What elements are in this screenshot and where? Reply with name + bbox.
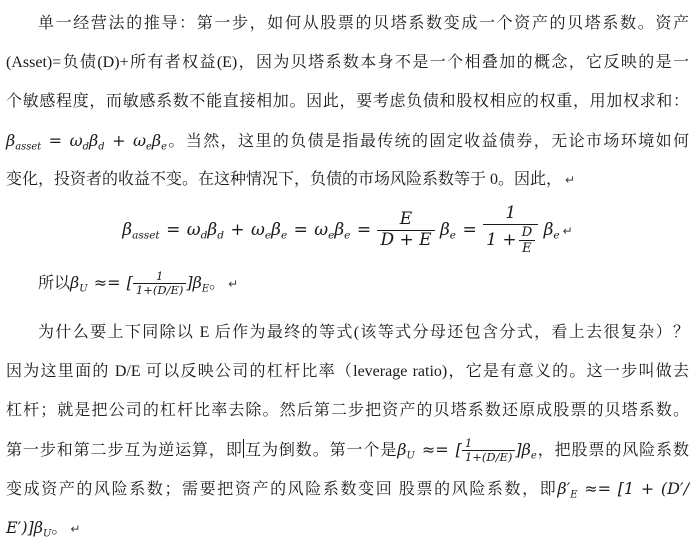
text-run: 因为这里面的 D/E 可以反映公司的杠杆比率（leverage ratio)，它… (6, 363, 689, 380)
paragraph-explanation: 为什么要上下同除以 E 后作为最终的等式(该等式分母还包含分式，看上去很复杂）？… (6, 313, 689, 547)
math-expression: ≈= [1 + (D′/ (584, 479, 689, 498)
math-subscript: e (281, 230, 287, 242)
display-formula-beta-asset[interactable]: βasset = ωdβd + ωeβe = ωeβe = ED + E βe … (6, 199, 689, 261)
math-symbol: β (34, 518, 43, 537)
math-symbol: β (397, 440, 406, 459)
fraction-one-over-one-plus-de: 11 +DE (483, 204, 538, 256)
math-symbol: β (271, 220, 281, 240)
inline-formula-beta-u: βU ≈= [11+(D/E)]βE (70, 273, 209, 292)
math-symbol: β (89, 131, 98, 150)
paragraph-mark-icon: ↵ (565, 173, 575, 187)
math-operator: = (48, 131, 63, 150)
inline-formula-beta-u: βU ≈= [11+(D/E)]βe (397, 440, 537, 459)
text-run: 。 (209, 275, 225, 292)
text-run: (Asset)=负债(D)+所有者权益(E)，因为贝塔系数本身不是一个相叠加的概… (6, 54, 689, 71)
math-symbol: β (522, 440, 531, 459)
text-run: 为什么要上下同除以 E 后作为最终的等式(该等式分母还包含分式，看上去很复杂）？ (38, 324, 689, 341)
math-symbol: β (122, 220, 132, 240)
math-subscript: U (79, 283, 87, 294)
fraction-denominator: 1 +DE (483, 225, 538, 257)
inline-formula-relever-end: E′)]βU (6, 518, 51, 537)
math-operator: + (111, 131, 126, 150)
math-text: 1 + (486, 230, 516, 250)
math-symbol: ω (133, 131, 146, 150)
math-symbol: ω (314, 220, 328, 240)
text-line[interactable]: 单一经营法的推导：第一步，如何从股票的贝塔系数变成一个资产的贝塔系数。资产 (6, 4, 689, 43)
math-subscript: d (217, 230, 224, 242)
text-line-with-formula[interactable]: E′)]βU。↵ (6, 508, 689, 547)
math-subscript: asset (15, 141, 41, 152)
inline-formula-weighted-beta: βasset = ωdβd + ωeβe (6, 131, 167, 150)
math-subscript: e (450, 230, 456, 242)
fraction-denominator: D + E (377, 231, 434, 251)
math-symbol: β′ (557, 479, 570, 498)
text-line[interactable]: (Asset)=负债(D)+所有者权益(E)，因为贝塔系数本身不是一个相叠加的概… (6, 43, 689, 82)
text-run: 互为倒数。第一个是 (244, 442, 397, 459)
text-line[interactable]: 个敏感程度，而敏感系数不能直接相加。因此，要考虑负债和股权相应的权重，用加权求和… (6, 82, 689, 121)
math-operator: = (293, 220, 309, 240)
fraction-numerator: E (377, 210, 434, 231)
math-subscript: e (553, 230, 559, 242)
text-run: ，把股票的风险系数 (537, 442, 689, 459)
math-operator: = (165, 220, 181, 240)
paragraph-mark-icon: ↵ (228, 277, 238, 291)
math-symbol: β (334, 220, 344, 240)
text-line[interactable]: 因为这里面的 D/E 可以反映公司的杠杆比率（leverage ratio)，它… (6, 352, 689, 391)
text-run: 。 (51, 520, 67, 537)
text-run: 第一步和第二步互为逆运算，即 (6, 442, 243, 459)
math-symbol: β (440, 220, 450, 240)
math-expression: E′)] (6, 518, 34, 537)
paragraph-mark-icon: ↵ (70, 522, 80, 536)
bracket-fraction: 11+(D/E) (133, 270, 186, 297)
inline-formula-relever-start: β′E ≈= [1 + (D′/ (557, 479, 689, 498)
math-subscript: E (570, 489, 577, 500)
paragraph-mark-icon: ↵ (563, 224, 573, 238)
bracket-fraction: 11+(D/E) (462, 437, 515, 464)
math-symbol: β (207, 220, 217, 240)
paragraph-derivation: 单一经营法的推导：第一步，如何从股票的贝塔系数变成一个资产的贝塔系数。资产 (A… (6, 4, 689, 199)
math-subscript: e (344, 230, 350, 242)
math-operator: = (461, 220, 477, 240)
text-line-with-formula[interactable]: 变成资产的风险系数；需要把资产的风险系数变回 股票的风险系数，即β′E ≈= [… (6, 469, 689, 508)
math-symbol: β (70, 273, 79, 292)
fraction-denominator: 1+(D/E) (133, 284, 186, 297)
math-symbol: β (193, 273, 202, 292)
math-symbol: β (544, 220, 554, 240)
fraction-numerator: D (519, 225, 536, 241)
nested-fraction-d-over-e: DE (519, 225, 536, 257)
math-operator: ≈= (93, 273, 122, 292)
document-page[interactable]: 单一经营法的推导：第一步，如何从股票的贝塔系数变成一个资产的贝塔系数。资产 (A… (0, 0, 695, 547)
math-subscript: d (98, 141, 104, 152)
text-line[interactable]: 杠杆；就是把公司的杠杆比率去除。然后第二步把资产的贝塔系数还原成股票的贝塔系数。 (6, 391, 689, 430)
fraction-denominator: 1+(D/E) (462, 451, 515, 464)
math-subscript: E (202, 283, 209, 294)
text-run: 变成资产的风险系数；需要把资产的风险系数变回 股票的风险系数，即 (6, 481, 557, 498)
text-run: 个敏感程度，而敏感系数不能直接相加。因此，要考虑负债和股权相应的权重，用加权求和… (6, 93, 689, 110)
math-subscript: asset (132, 230, 160, 242)
text-run: 杠杆；就是把公司的杠杆比率去除。然后第二步把资产的贝塔系数还原成股票的贝塔系数。 (6, 402, 689, 419)
fraction-e-over-d-plus-e: ED + E (377, 210, 434, 250)
math-operator: + (229, 220, 245, 240)
fraction-denominator: E (519, 241, 536, 256)
math-symbol: ω (70, 131, 83, 150)
math-operator: = (356, 220, 372, 240)
text-run: 变化，投资者的收益不变。在这种情况下，负债的市场风险系数等于 0。因此， (6, 171, 562, 188)
math-symbol: β (152, 131, 161, 150)
math-subscript: U (407, 450, 415, 461)
text-run: 。当然，这里的负债是指最传统的固定收益债券，无论市场环境如何 (167, 133, 689, 150)
text-run: 所以 (38, 275, 70, 292)
text-line[interactable]: 变化，投资者的收益不变。在这种情况下，负债的市场风险系数等于 0。因此，↵ (6, 160, 689, 199)
text-run: 单一经营法的推导：第一步，如何从股票的贝塔系数变成一个资产的贝塔系数。资产 (38, 15, 689, 32)
math-symbol: ω (251, 220, 265, 240)
math-operator: ≈= (421, 440, 450, 459)
fraction-numerator: 1 (462, 437, 515, 451)
conclusion-line[interactable]: 所以βU ≈= [11+(D/E)]βE。↵ (6, 261, 689, 305)
math-symbol: ω (187, 220, 201, 240)
text-line-with-cursor[interactable]: 第一步和第二步互为逆运算，即互为倒数。第一个是βU ≈= [11+(D/E)]β… (6, 430, 689, 469)
fraction-numerator: 1 (133, 270, 186, 284)
fraction-numerator: 1 (483, 204, 538, 225)
math-symbol: β (6, 131, 15, 150)
text-line-with-formula[interactable]: βasset = ωdβd + ωeβe。当然，这里的负债是指最传统的固定收益债… (6, 121, 689, 160)
text-line[interactable]: 为什么要上下同除以 E 后作为最终的等式(该等式分母还包含分式，看上去很复杂）？ (6, 313, 689, 352)
